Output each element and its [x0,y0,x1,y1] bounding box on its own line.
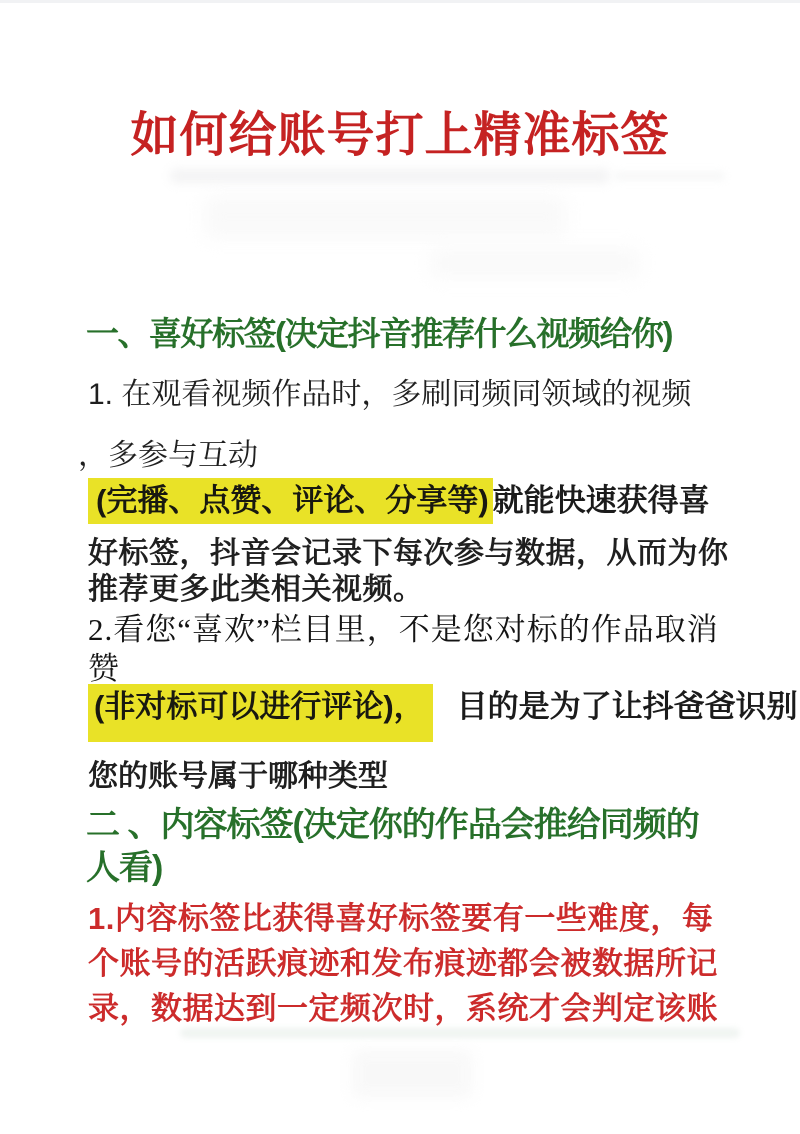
section2-red-line3: 录，数据达到一定频次时，系统才会判定该账 [88,983,718,1028]
section2-red-line2: 个账号的活跃痕迹和发布痕迹都会被数据所记 [88,938,718,983]
section1-line6: 赞 [88,643,119,688]
highlighted-line-1: (完播、点赞、评论、分享等) 就能快速获得喜 [88,478,710,524]
section1-line2: ，多参与互动 [78,430,258,474]
page-title: 如何给账号打上精准标签 [0,96,800,165]
highlight-phrase-1: (完播、点赞、评论、分享等) [88,478,493,524]
section1-line1: 1. 在观看视频作品时，多刷同频同领域的视频 [88,369,691,413]
document-page: 如何给账号打上精准标签 一、喜好标签(决定抖音推荐什么视频给你) 1. 在观看视… [0,0,800,1134]
section2-heading-line2: 人看) [86,840,162,889]
section1-heading: 一、喜好标签(决定抖音推荐什么视频给你) [86,308,672,355]
erased-text-smudge [352,1050,472,1098]
erased-text-smudge [615,172,725,180]
top-edge-line [0,0,800,3]
erased-text-smudge [430,248,640,278]
erased-text-smudge [170,169,610,183]
section2-red-line1: 1.内容标签比获得喜好标签要有一些难度，每 [88,893,713,938]
highlight-2-continuation: 目的是为了让抖爸爸识别 [457,684,798,725]
erased-text-smudge [205,196,565,238]
highlight-phrase-2: (非对标可以进行评论)， [88,684,433,742]
highlighted-line-2: (非对标可以进行评论)， 目的是为了让抖爸爸识别 [88,684,798,742]
section1-line5: 2.看您“喜欢”栏目里，不是您对标的作品取消 [88,604,719,649]
section1-line4: 推荐更多此类相关视频。 [88,564,424,608]
section2-heading-line1: 二 、内容标签(决定你的作品会推给同频的 [86,797,699,846]
section1-line7: 您的账号属于哪种类型 [88,751,388,795]
erased-text-smudge [180,1028,740,1038]
highlight-1-continuation: 就能快速获得喜 [493,478,710,518]
